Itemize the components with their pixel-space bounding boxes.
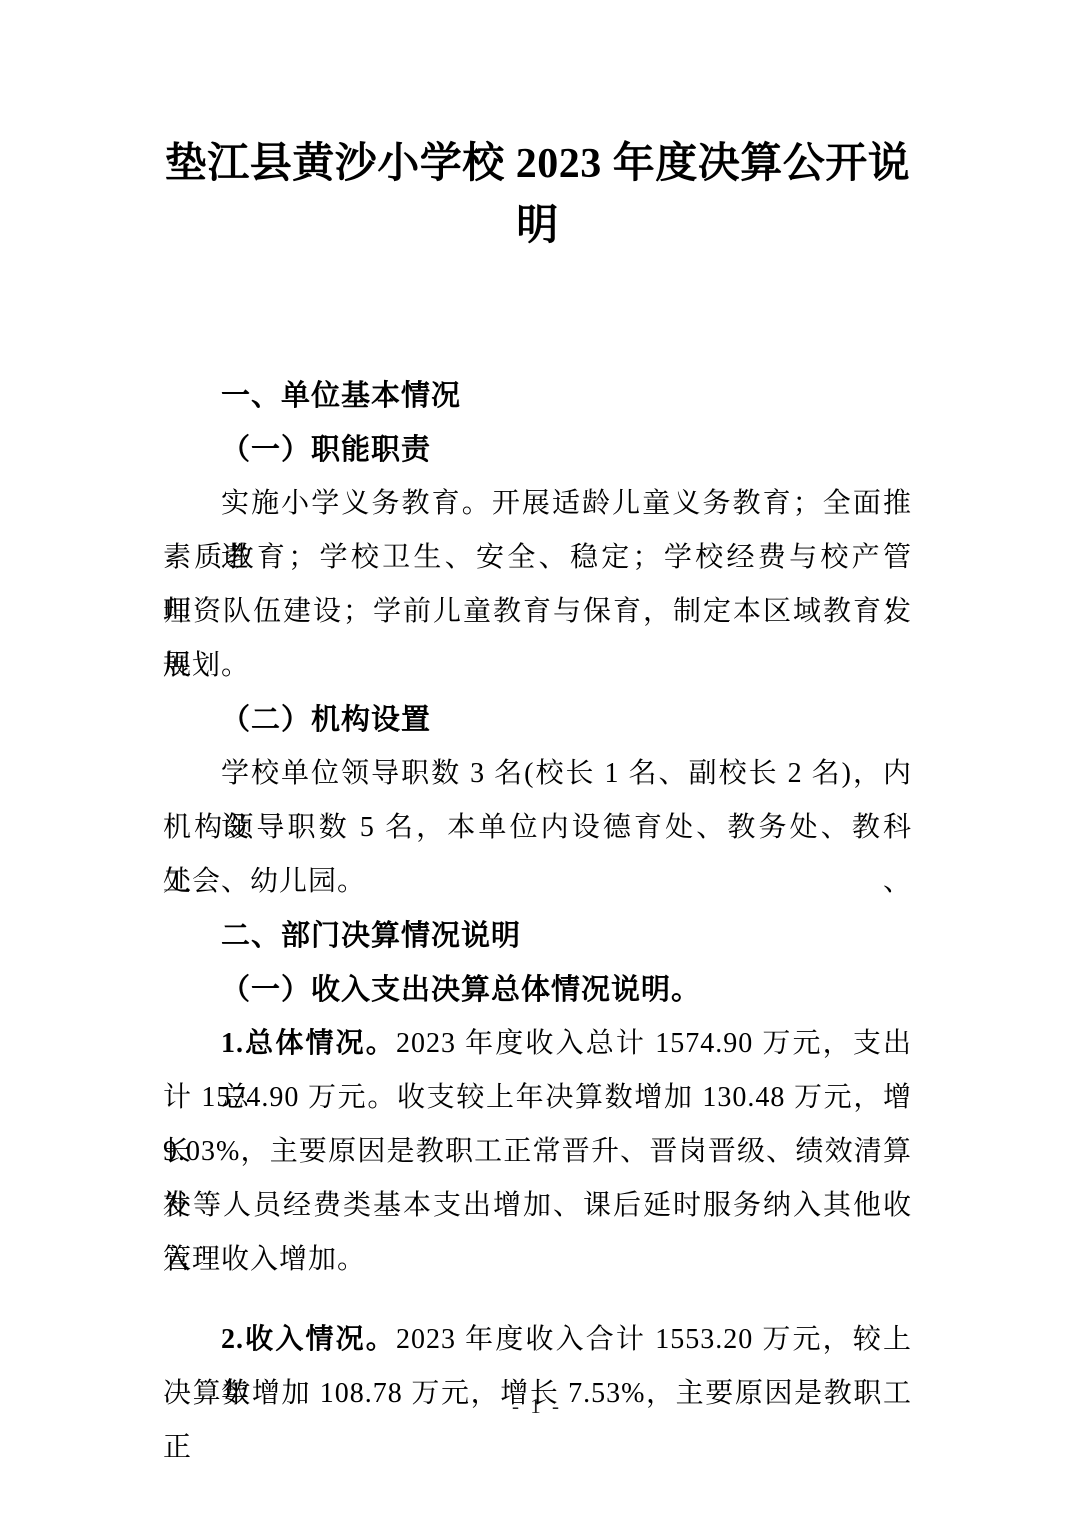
page-number: - 1 -	[0, 1394, 1074, 1419]
paragraph-functions: 实施小学义务教育。开展适龄儿童义务教育；全面推进 素质教育；学校卫生、安全、稳定…	[163, 477, 912, 693]
paragraph-line: 师资队伍建设；学前儿童教育与保育，制定本区域教育发展	[163, 585, 912, 639]
document-page: 垫江县黄沙小学校 2023 年度决算公开说明 一、单位基本情况 （一）职能职责 …	[0, 0, 1074, 1520]
paragraph-organization: 学校单位领导职数 3 名(校长 1 名、副校长 2 名)，内设 机构领导职数 5…	[163, 747, 912, 909]
section-heading-basic-info: 一、单位基本情况	[163, 369, 912, 423]
paragraph-overall-situation: 1.总体情况。2023 年度收入总计 1574.90 万元，支出总 计 1574…	[163, 1017, 912, 1287]
paragraph-line: 9.03%，主要原因是教职工正常晋升、晋岗晋级、绩效清算补	[163, 1125, 912, 1179]
paragraph-lead-label: 2.收入情况。	[221, 1324, 396, 1355]
paragraph-line: 发等人员经费类基本支出增加、课后延时服务纳入其他收入	[163, 1179, 912, 1233]
subsection-heading-organization: （二）机构设置	[163, 693, 912, 747]
paragraph-line: 管理收入增加。	[163, 1233, 912, 1287]
subsection-heading-duties: （一）职能职责	[163, 423, 912, 477]
paragraph-line: 2.收入情况。2023 年度收入合计 1553.20 万元，较上年	[163, 1313, 912, 1367]
paragraph-line: 素质教育；学校卫生、安全、稳定；学校经费与校产管理；	[163, 531, 912, 585]
paragraph-line: 计 1574.90 万元。收支较上年决算数增加 130.48 万元，增长	[163, 1071, 912, 1125]
paragraph-line: 学校单位领导职数 3 名(校长 1 名、副校长 2 名)，内设	[163, 747, 912, 801]
paragraph-line: 实施小学义务教育。开展适龄儿童义务教育；全面推进	[163, 477, 912, 531]
subsection-heading-overview: （一）收入支出决算总体情况说明。	[163, 963, 912, 1017]
section-heading-final-accounts: 二、部门决算情况说明	[163, 909, 912, 963]
paragraph-line: 1.总体情况。2023 年度收入总计 1574.90 万元，支出总	[163, 1017, 912, 1071]
document-title: 垫江县黄沙小学校 2023 年度决算公开说明	[163, 133, 912, 257]
paragraph-lead-label: 1.总体情况。	[221, 1028, 396, 1059]
paragraph-line: 机构领导职数 5 名，本单位内设德育处、教务处、教科处、	[163, 801, 912, 855]
paragraph-line: 规划。	[163, 639, 912, 693]
document-body: 垫江县黄沙小学校 2023 年度决算公开说明 一、单位基本情况 （一）职能职责 …	[0, 0, 1074, 1421]
